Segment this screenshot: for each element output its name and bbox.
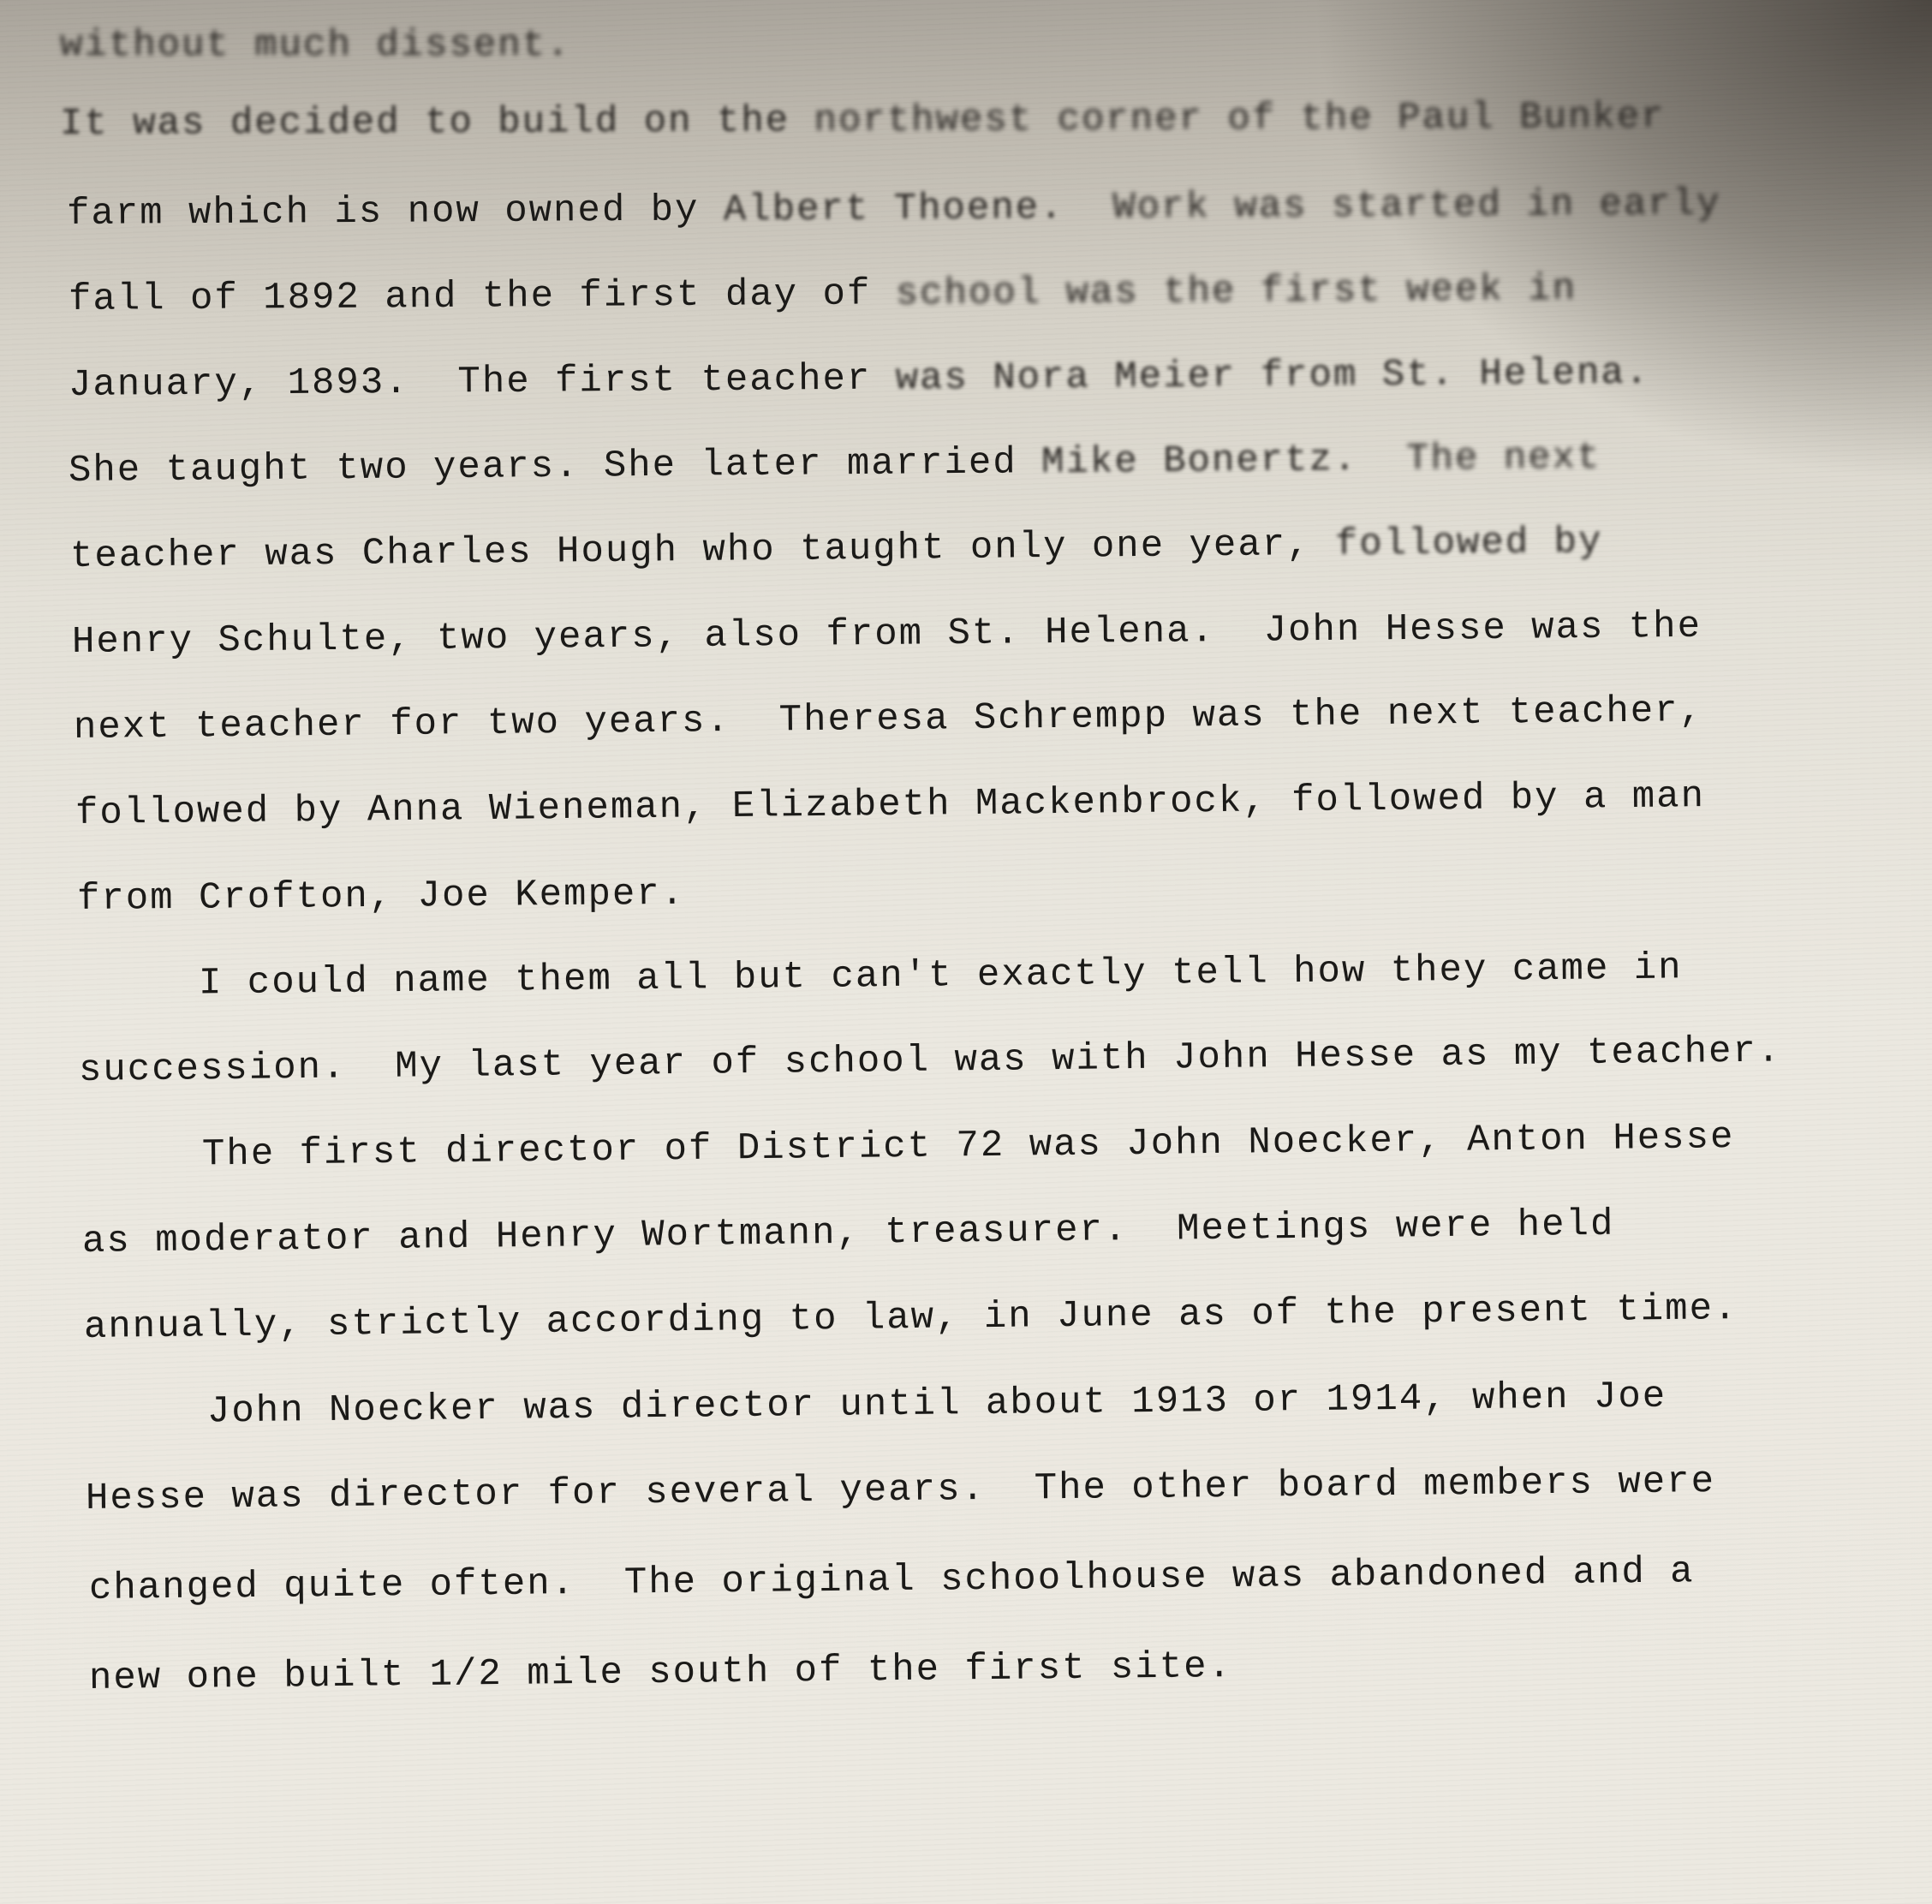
text-segment: farm which is now owned by: [67, 188, 724, 236]
text-segment: fall of 1892 and the first day of: [69, 272, 896, 321]
text-segment: was Nora Meier from St. Helena.: [896, 352, 1650, 401]
text-line: The first director of District 72 was Jo…: [80, 1116, 1735, 1178]
typewritten-page: without much dissent.It was decided to b…: [0, 0, 1932, 1904]
text-segment: Hesse was director for several years. Th…: [86, 1460, 1716, 1520]
text-line: Henry Schulte, two years, also from St. …: [72, 606, 1702, 664]
text-segment: new one built 1/2 mile south of the firs…: [89, 1645, 1232, 1700]
text-segment: next teacher for two years. Theresa Schr…: [74, 689, 1704, 749]
text-line: succession. My last year of school was w…: [79, 1030, 1782, 1092]
text-segment: Albert Thoene.: [724, 187, 1113, 232]
text-line: fall of 1892 and the first day of school…: [69, 268, 1577, 321]
text-segment: from Crofton, Joe Kemper.: [77, 873, 686, 921]
text-segment: teacher was Charles Hough who taught onl…: [70, 523, 1335, 578]
text-segment: Mike Bonertz.: [1041, 438, 1406, 484]
text-segment: changed quite often. The original school…: [89, 1550, 1695, 1610]
text-segment: John Noecker was director until about 19…: [86, 1376, 1667, 1435]
text-line: annually, strictly according to law, in …: [84, 1287, 1738, 1349]
text-segment: January, 1893. The first teacher: [69, 357, 896, 407]
text-segment: I could name them all but can't exactly …: [77, 946, 1683, 1006]
text-segment: It was decided to build on the: [60, 99, 814, 146]
text-segment: She taught two years. She later married: [69, 441, 1042, 492]
text-line: farm which is now owned by Albert Thoene…: [67, 182, 1721, 236]
text-line: She taught two years. She later married …: [69, 436, 1601, 492]
text-line: new one built 1/2 mile south of the firs…: [89, 1645, 1232, 1700]
text-segment: Work was started in early: [1112, 182, 1720, 229]
text-segment: followed by: [1335, 521, 1603, 566]
text-line: It was decided to build on the northwest…: [60, 96, 1666, 146]
text-segment: northwest corner of the Paul Bunker: [814, 96, 1665, 142]
text-segment: school was the first week in: [896, 268, 1577, 316]
text-line: January, 1893. The first teacher was Nor…: [69, 352, 1650, 407]
text-line: from Crofton, Joe Kemper.: [77, 873, 686, 921]
text-segment: The next: [1406, 436, 1601, 480]
text-line: changed quite often. The original school…: [89, 1550, 1695, 1610]
text-segment: Henry Schulte, two years, also from St. …: [72, 606, 1702, 664]
text-segment: followed by Anna Wieneman, Elizabeth Mac…: [75, 775, 1706, 835]
text-line: teacher was Charles Hough who taught onl…: [70, 521, 1603, 578]
text-segment: succession. My last year of school was w…: [79, 1030, 1782, 1092]
text-segment: without much dissent.: [60, 24, 571, 67]
text-segment: annually, strictly according to law, in …: [84, 1287, 1738, 1349]
text-segment: The first director of District 72 was Jo…: [80, 1116, 1735, 1178]
text-line: followed by Anna Wieneman, Elizabeth Mac…: [75, 775, 1706, 835]
text-line: John Noecker was director until about 19…: [86, 1376, 1667, 1435]
text-line: Hesse was director for several years. Th…: [86, 1460, 1716, 1520]
text-line: next teacher for two years. Theresa Schr…: [74, 689, 1704, 749]
text-line: as moderator and Henry Wortmann, treasur…: [82, 1203, 1615, 1263]
text-line: without much dissent.: [60, 24, 571, 67]
text-segment: as moderator and Henry Wortmann, treasur…: [82, 1203, 1615, 1263]
text-line: I could name them all but can't exactly …: [77, 946, 1683, 1006]
